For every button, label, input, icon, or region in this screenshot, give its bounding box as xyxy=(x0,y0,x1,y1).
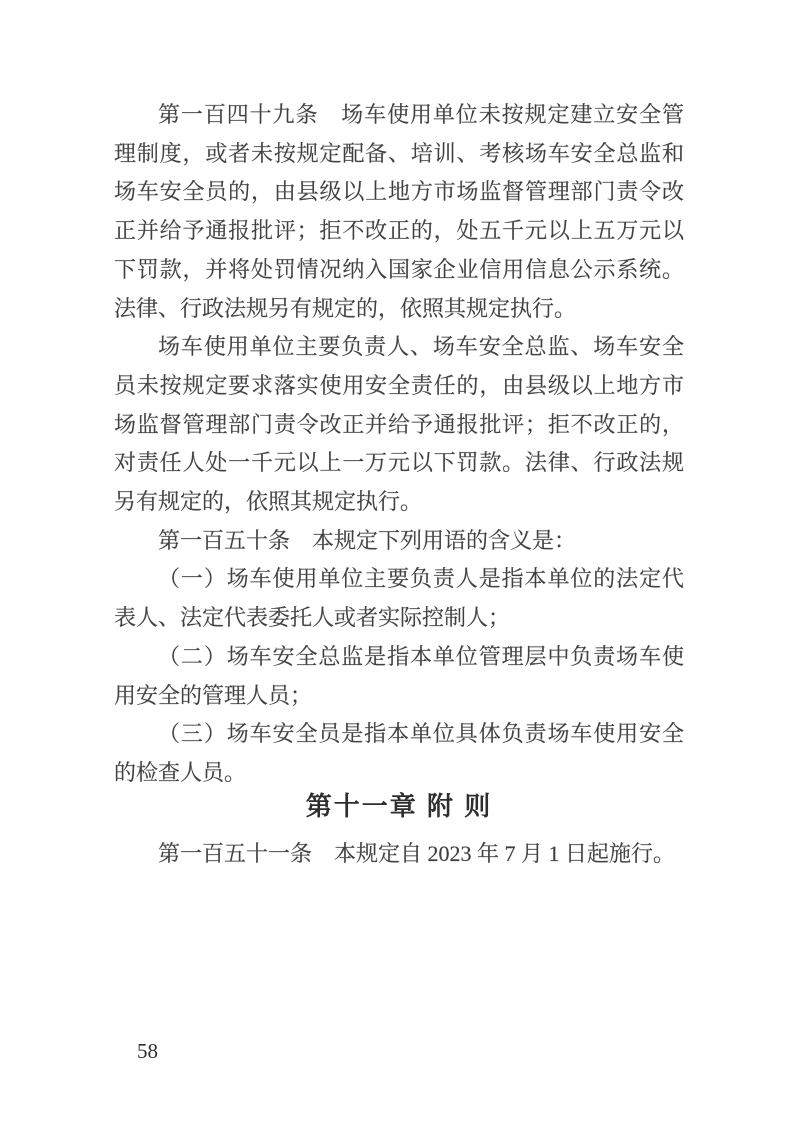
definition-item-3: （三）场车安全员是指本单位具体负责场车使用安全的检查人员。 xyxy=(114,715,684,792)
page-number: 58 xyxy=(137,1038,158,1064)
article-150-lead-paragraph: 第一百五十条 本规定下列用语的含义是： xyxy=(114,522,684,561)
chapter-11-heading: 第十一章 附 则 xyxy=(114,789,684,823)
document-page: 第一百四十九条 场车使用单位未按规定建立安全管理制度，或者未按规定配备、培训、考… xyxy=(0,0,793,1122)
article-149-paragraph-2: 场车使用单位主要负责人、场车安全总监、场车安全员未按规定要求落实使用安全责任的，… xyxy=(114,328,684,522)
article-149-paragraph-1: 第一百四十九条 场车使用单位未按规定建立安全管理制度，或者未按规定配备、培训、考… xyxy=(114,96,684,328)
text-block: 第一百四十九条 场车使用单位未按规定建立安全管理制度，或者未按规定配备、培训、考… xyxy=(114,96,684,873)
definition-item-2: （二）场车安全总监是指本单位管理层中负责场车使用安全的管理人员； xyxy=(114,638,684,715)
definition-item-1: （一）场车使用单位主要负责人是指本单位的法定代表人、法定代表委托人或者实际控制人… xyxy=(114,560,684,637)
article-151-paragraph: 第一百五十一条 本规定自 2023 年 7 月 1 日起施行。 xyxy=(114,835,684,874)
